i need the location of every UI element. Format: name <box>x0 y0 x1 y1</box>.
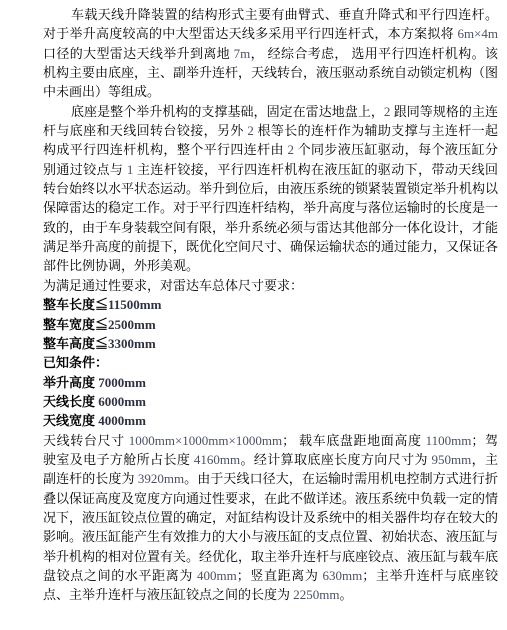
text-run: 。 <box>340 587 353 602</box>
spec-line-vehicle-height: 整车高度≦3300mm <box>43 334 498 353</box>
spec-line-vehicle-width: 整车宽度≦2500mm <box>43 315 498 334</box>
spec-label: 天线宽度 <box>43 413 98 428</box>
spec-label: 整车宽度≦ <box>43 317 108 332</box>
text-run: ；竖直距离为 <box>237 568 323 583</box>
spec-line-antenna-length: 天线长度 6000mm <box>43 392 498 411</box>
spec-line-lift-height: 举升高度 7000mm <box>43 373 498 392</box>
paragraph-base-description: 底座是整个举升机构的支撑基础，固定在雷达地盘上，2 跟同等规格的主连杆与底座和天… <box>43 102 498 276</box>
text-run: ； 载车底盘距地面高度 <box>282 433 426 448</box>
spec-label: 整车高度≦ <box>43 336 108 351</box>
text-run: 车载天线升降装置的结构形式主要有曲臂式、垂直升降式和平行四连杆。对于举升高度较高… <box>43 7 498 41</box>
dimension-value: 6m×4m <box>457 26 498 41</box>
text-run: 底座是整个举升机构的支撑基础，固定在雷达地盘上， <box>71 104 384 119</box>
dimension-value: 630mm <box>322 568 362 583</box>
spec-label: 举升高度 <box>43 375 98 390</box>
spec-line-antenna-width: 天线宽度 4000mm <box>43 411 498 430</box>
document-page: 车载天线升降装置的结构形式主要有曲臂式、垂直升降式和平行四连杆。对于举升高度较高… <box>0 0 507 630</box>
spec-label: 天线长度 <box>43 394 98 409</box>
known-conditions-header: 已知条件： <box>43 353 498 372</box>
text-run: 天线转台尺寸 <box>43 433 129 448</box>
text-run: 口径的大型雷达天线举升到离地 <box>43 46 234 61</box>
spec-value: 3300mm <box>108 336 156 351</box>
paragraph-requirements-header: 为满足通过性要求，对雷达车总体尺寸要求： <box>43 276 498 295</box>
dimension-value: 400mm <box>197 568 237 583</box>
dimension-value: 1100mm <box>426 433 472 448</box>
spec-value: 4000mm <box>98 413 146 428</box>
dimension-value: 1000mm×1000mm×1000mm <box>129 433 282 448</box>
text-run: 主连杆铰接，平行四连杆机构在液压缸的驱动下，带动天线回转台始终以水平状态运动。举… <box>43 162 498 274</box>
text-run: 为满足通过性要求，对雷达车总体尺寸要求： <box>43 278 303 293</box>
dimension-value: 7m <box>234 46 251 61</box>
spec-value: 6000mm <box>98 394 146 409</box>
spec-value: 7000mm <box>98 375 146 390</box>
spec-line-vehicle-length: 整车长度≦11500mm <box>43 295 498 314</box>
spec-label: 整车长度≦ <box>43 297 108 312</box>
dimension-value: 2250mm <box>293 587 339 602</box>
spec-value: 11500mm <box>108 297 161 312</box>
dimension-value: 3920mm <box>138 471 184 486</box>
dimension-value: 4160mm <box>194 452 240 467</box>
paragraph-intro: 车载天线升降装置的结构形式主要有曲臂式、垂直升降式和平行四连杆。对于举升高度较高… <box>43 5 498 102</box>
text-run: 。经计算取底座长度方向尺寸为 <box>240 452 431 467</box>
spec-value: 2500mm <box>108 317 156 332</box>
paragraph-detail-calculations: 天线转台尺寸 1000mm×1000mm×1000mm； 载车底盘距地面高度 1… <box>43 431 498 605</box>
dimension-value: 950mm <box>431 452 471 467</box>
text-run: 。由于天线口径大，在运输时需用机电控制方式进行折叠以保证高度及宽度方向通过性要求… <box>43 471 498 583</box>
text-run: 已知条件： <box>43 355 108 370</box>
